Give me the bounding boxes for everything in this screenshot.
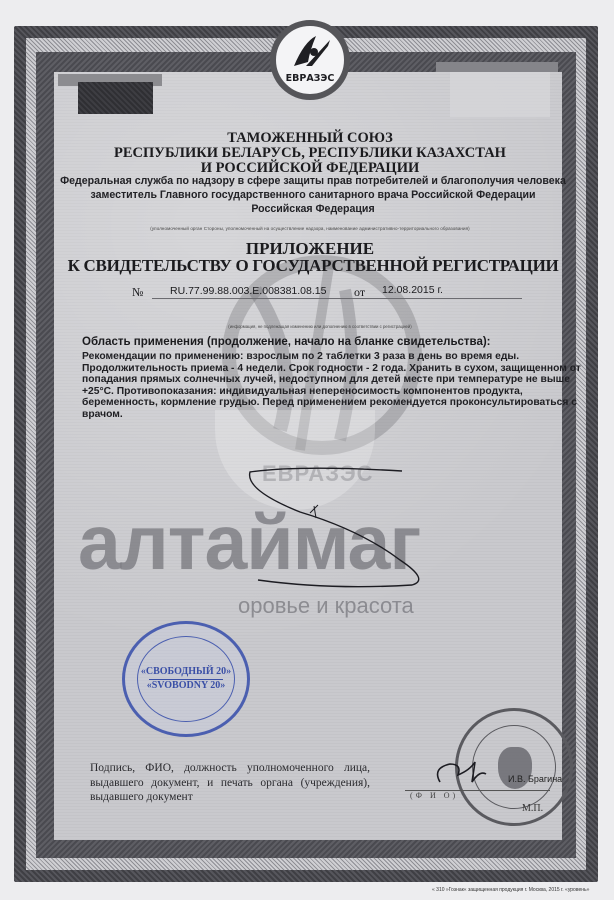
number-caption: (информация, не подлежащая изменению или… xyxy=(200,324,440,329)
registration-date: 12.08.2015 г. xyxy=(382,284,443,296)
scope-title: Область применения (продолжение, начало … xyxy=(82,336,491,348)
document-scan: ЕВРАЗЭС ЕВРАЗЭС ТАМОЖЕННЫЙ СОЮЗ РЕСПУБЛИ… xyxy=(0,0,614,900)
agency-line2: заместитель Главного государственного са… xyxy=(60,188,566,202)
serial-box xyxy=(450,72,550,117)
agency-block: Федеральная служба по надзору в сфере за… xyxy=(60,174,566,216)
emblem-label: ЕВРАЗЭС xyxy=(286,73,335,84)
registration-line: № RU.77.99.88.003.E.008381.08.15 от 12.0… xyxy=(132,285,502,301)
official-seal xyxy=(455,708,573,826)
watermark-brand: алтаймаг xyxy=(78,503,420,583)
stamp-line2: «SVOBODNY 20» xyxy=(125,680,247,691)
print-info: « 310 »Гознак« защищенная продукция г. М… xyxy=(432,887,589,893)
scope-line: беременность, кормление грудью. Перед пр… xyxy=(82,397,582,409)
scope-line: +25°С. Противопоказания: индивидуальная … xyxy=(82,386,582,398)
seal-label: М.П. xyxy=(522,803,543,814)
signature-note: Подпись, ФИО, должность уполномоченного … xyxy=(90,761,370,805)
watermark-tagline: оровье и красота xyxy=(238,593,414,619)
hologram-box xyxy=(78,82,153,114)
company-stamp: «СВОБОДНЫЙ 20» «SVOBODNY 20» xyxy=(122,621,250,737)
scope-body: Рекомендации по применению: взрослым по … xyxy=(82,351,582,421)
scope-line: попадания прямых солнечных лучей, недост… xyxy=(82,374,582,386)
scope-line: врачом. xyxy=(82,409,582,421)
signer-name: И.В. Брагина xyxy=(508,774,562,784)
eurasec-logo: ЕВРАЗЭС xyxy=(270,20,350,100)
agency-line3: Российская Федерация xyxy=(60,202,566,216)
registration-underline xyxy=(152,298,522,299)
stamp-line1: «СВОБОДНЫЙ 20» xyxy=(125,666,247,677)
watermark-emblem-text: ЕВРАЗЭС xyxy=(262,461,374,487)
number-label: № xyxy=(132,285,143,300)
scope-line: Продолжительность приема - 4 недели. Сро… xyxy=(82,363,582,375)
header-ornament-right xyxy=(436,62,558,72)
agency-caption: (уполномоченный орган Стороны, уполномоч… xyxy=(100,226,520,231)
document-subtitle: К СВИДЕТЕЛЬСТВУ О ГОСУДАРСТВЕННОЙ РЕГИСТ… xyxy=(60,256,566,276)
agency-line1: Федеральная служба по надзору в сфере за… xyxy=(60,174,566,188)
registration-number: RU.77.99.88.003.E.008381.08.15 xyxy=(170,285,326,297)
fio-label: (Ф И О) xyxy=(410,791,458,800)
scope-line: Рекомендации по применению: взрослым по … xyxy=(82,351,582,363)
eurasec-emblem-icon xyxy=(290,32,334,72)
